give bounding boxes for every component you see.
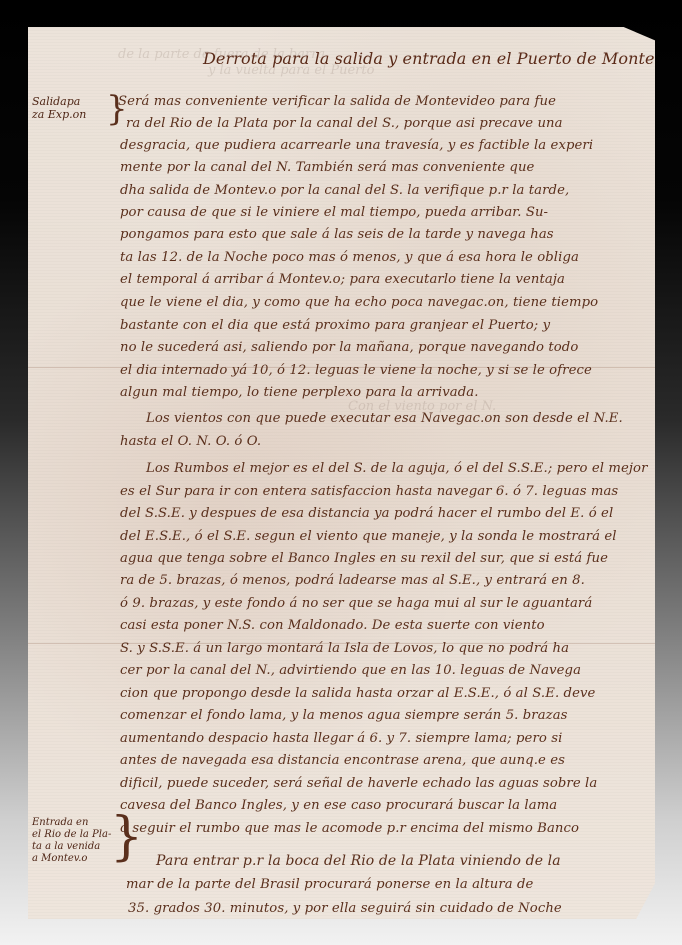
text-line: comenzar el fondo lama, y la menos agua … — [120, 708, 568, 723]
text-line: algun mal tiempo, lo tiene perplexo para… — [120, 385, 479, 400]
text-line: ra del Rio de la Plata por la canal del … — [126, 116, 563, 131]
text-line: cion que propongo desde la salida hasta … — [120, 686, 595, 701]
text-line: Los vientos con que puede executar esa N… — [146, 411, 623, 426]
margin-note-entrada: Entrada en el Rio de la Pla- ta a la ven… — [32, 817, 111, 865]
text-line: el dia internado yá 10, ó 12. leguas le … — [120, 363, 592, 378]
text-line: no le sucederá asi, saliendo por la maña… — [120, 340, 578, 355]
text-line: aumentando despacio hasta llegar á 6. y … — [120, 731, 562, 746]
text-line: dha salida de Montev.o por la canal del … — [120, 183, 569, 198]
text-line: por causa de que si le viniere el mal ti… — [120, 205, 548, 220]
text-line: del S.S.E. y despues de esa distancia ya… — [120, 506, 613, 521]
text-line: bastante con el dia que está proximo par… — [120, 318, 550, 333]
text-line: 35. grados 30. minutos, y por ella segui… — [128, 901, 562, 916]
text-line: ó 9. brazas, y este fondo á no ser que s… — [120, 596, 592, 611]
text-line: Los Rumbos el mejor es el del S. de la a… — [146, 461, 648, 476]
text-line: Para entrar p.r la boca del Rio de la Pl… — [156, 853, 561, 869]
text-line: Será mas conveniente verificar la salida… — [118, 94, 556, 109]
text-line: hasta el O. N. O. ó O. — [120, 434, 261, 449]
text-line: casi esta poner N.S. con Maldonado. De e… — [120, 618, 545, 633]
document-title: Derrota para la salida y entrada en el P… — [203, 49, 682, 68]
manuscript-page: de la parte de fuera de la barra y la vu… — [28, 27, 655, 919]
text-line: que le viene el dia, y como que ha echo … — [120, 295, 598, 310]
text-line: agua que tenga sobre el Banco Ingles en … — [120, 551, 608, 566]
text-line: antes de navegada esa distancia encontra… — [120, 753, 565, 768]
text-line: ó seguir el rumbo que mas le acomode p.r… — [120, 821, 579, 836]
text-line: mente por la canal del N. También será m… — [120, 160, 534, 175]
text-line: ta las 12. de la Noche poco mas ó menos,… — [120, 250, 579, 265]
text-line: del E.S.E., ó el S.E. segun el viento qu… — [120, 529, 617, 544]
text-line: cer por la canal del N., advirtiendo que… — [120, 663, 581, 678]
text-line: ra de 5. brazas, ó menos, podrá ladearse… — [120, 573, 585, 588]
text-line: el temporal á arribar á Montev.o; para e… — [120, 272, 565, 287]
brace-icon: } — [110, 807, 143, 867]
text-line: pongamos para esto que sale á las seis d… — [120, 227, 554, 242]
text-line: desgracia, que pudiera acarrearle una tr… — [120, 138, 593, 153]
text-line: es el Sur para ir con entera satisfaccio… — [120, 484, 618, 499]
text-line: cavesa del Banco Ingles, y en ese caso p… — [120, 798, 557, 813]
text-line: dificil, puede suceder, será señal de ha… — [120, 776, 597, 791]
margin-note-salida: Salidapa za Exp.on — [32, 95, 86, 121]
text-line: S. y S.S.E. á un largo montará la Isla d… — [120, 641, 569, 656]
text-line: mar de la parte del Brasil procurará pon… — [126, 877, 533, 892]
